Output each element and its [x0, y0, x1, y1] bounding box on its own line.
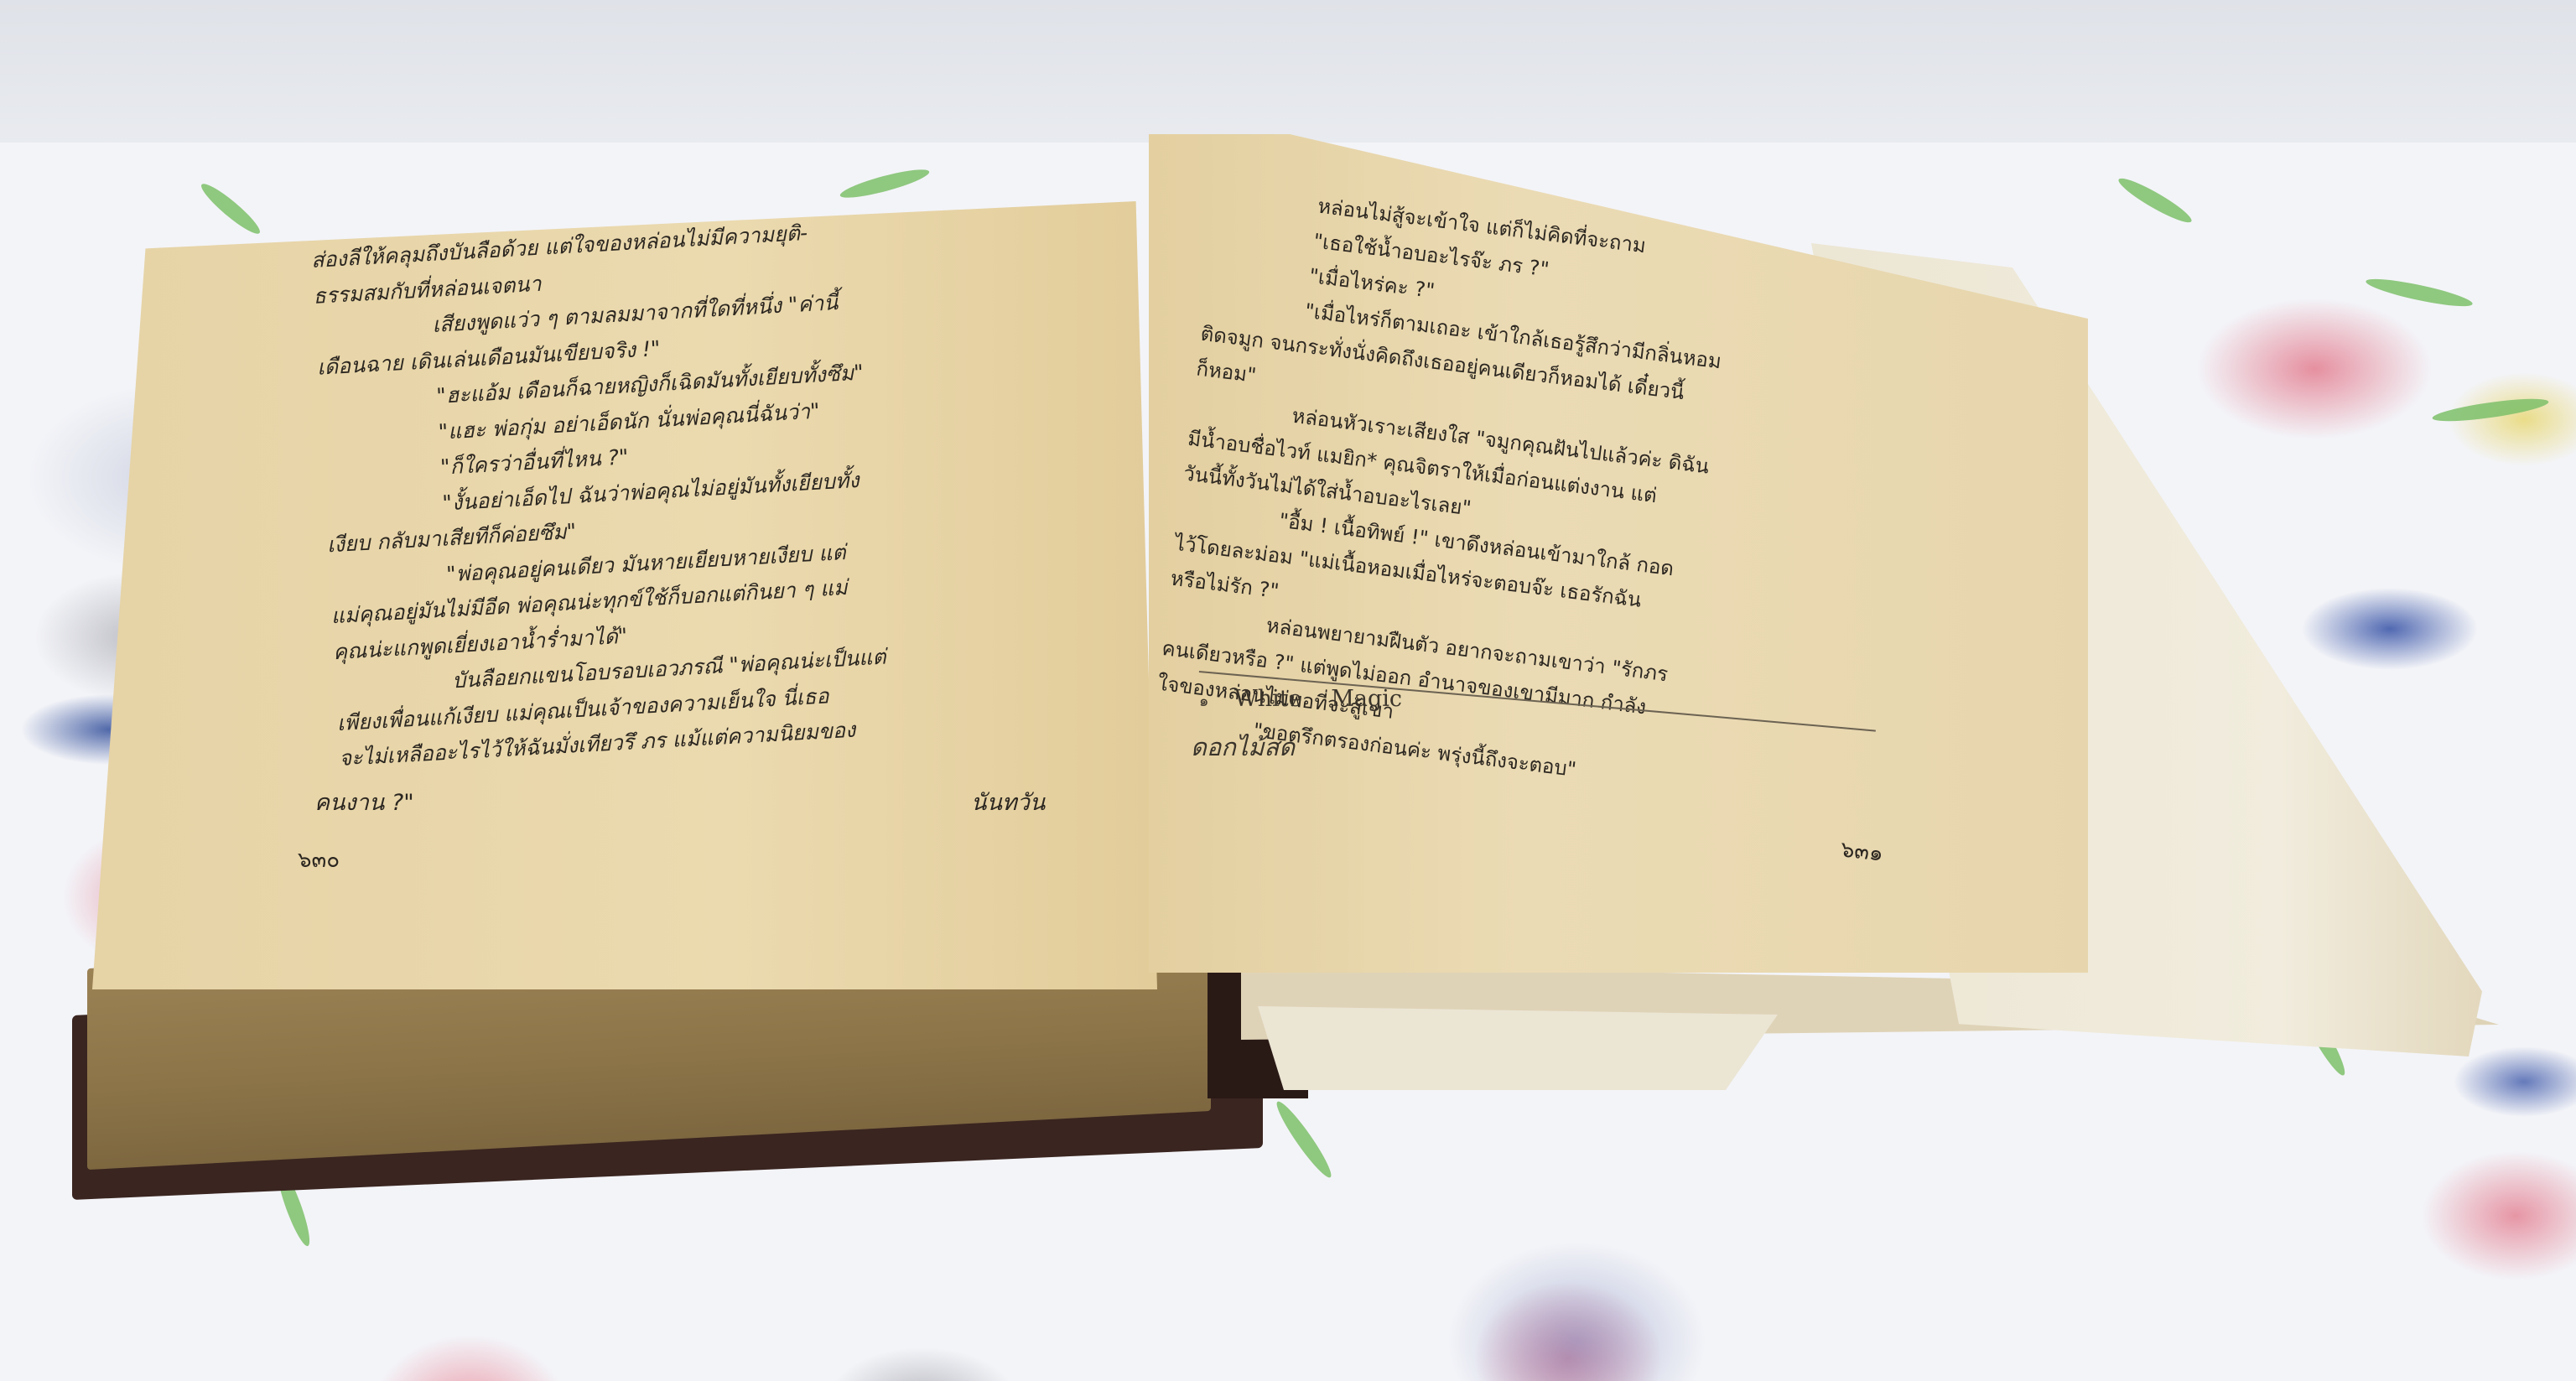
footnote-word: White — [1234, 686, 1302, 712]
left-page-body: ส่องลีให้คลุมถึงบันลือด้วย แต่ใจของหล่อน… — [310, 212, 891, 776]
leaf-decoration — [197, 179, 265, 239]
page-number-right: ๖๓๑ — [1839, 832, 1885, 870]
footnote-marker: ๑ — [1199, 693, 1208, 710]
loose-page — [1258, 1006, 1778, 1090]
leaf-decoration — [1271, 1098, 1337, 1181]
page-number-left: ๖๓๐ — [298, 843, 340, 877]
leaf-decoration — [2431, 394, 2549, 425]
footnote-thai-note: ดอกไม้สด — [1191, 728, 1295, 766]
footnote-word: Magic — [1331, 686, 1402, 712]
author-signature: นันทวัน — [971, 784, 1045, 820]
left-page-last-line: คนงาน ?" — [314, 784, 414, 820]
leaf-decoration — [2365, 274, 2475, 312]
leaf-decoration — [2115, 173, 2195, 228]
leaf-decoration — [839, 164, 932, 203]
footnote: ๑ White Magic — [1199, 686, 1424, 713]
